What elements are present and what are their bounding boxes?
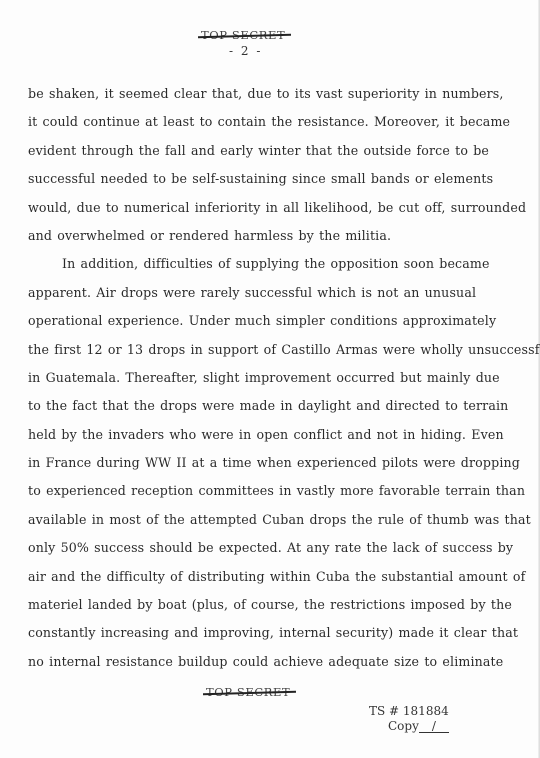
text-line: air and the difficulty of distributing w…	[28, 563, 528, 591]
text-line: materiel landed by boat (plus, of course…	[28, 591, 528, 619]
text-line: apparent. Air drops were rarely successf…	[28, 279, 528, 307]
document-body: be shaken, it seemed clear that, due to …	[28, 80, 528, 676]
text-line: successful needed to be self-sustaining …	[28, 165, 528, 193]
text-line: no internal resistance buildup could ach…	[28, 648, 528, 676]
text-line: evident through the fall and early winte…	[28, 137, 528, 165]
text-line: only 50% success should be expected. At …	[28, 534, 528, 562]
text-line: it could continue at least to contain th…	[28, 108, 528, 136]
text-line: operational experience. Under much simpl…	[28, 307, 528, 335]
text-line: in France during WW II at a time when ex…	[28, 449, 528, 477]
footer-classification-marking: TOP SECRET	[206, 685, 290, 699]
text-line: in Guatemala. Thereafter, slight improve…	[28, 364, 528, 392]
text-line: to experienced reception committees in v…	[28, 477, 528, 505]
text-line: would, due to numerical inferiority in a…	[28, 194, 528, 222]
text-line: available in most of the attempted Cuban…	[28, 506, 528, 534]
copy-number-field: Copy/	[388, 719, 449, 733]
paragraph-2: In addition, difficulties of supplying t…	[28, 250, 528, 676]
copy-number: /	[419, 720, 449, 733]
text-line: In addition, difficulties of supplying t…	[28, 250, 528, 278]
copy-label: Copy	[388, 719, 419, 733]
text-line: the first 12 or 13 drops in support of C…	[28, 336, 528, 364]
text-line: to the fact that the drops were made in …	[28, 392, 528, 420]
header-classification-marking: TOP SECRET	[201, 28, 285, 42]
paragraph-1: be shaken, it seemed clear that, due to …	[28, 80, 528, 250]
page-number: - 2 -	[229, 44, 262, 58]
ts-control-number: TS # 181884	[369, 704, 449, 718]
text-line: be shaken, it seemed clear that, due to …	[28, 80, 528, 108]
text-line: and overwhelmed or rendered harmless by …	[28, 222, 528, 250]
text-line: held by the invaders who were in open co…	[28, 421, 528, 449]
text-line: constantly increasing and improving, int…	[28, 619, 528, 647]
